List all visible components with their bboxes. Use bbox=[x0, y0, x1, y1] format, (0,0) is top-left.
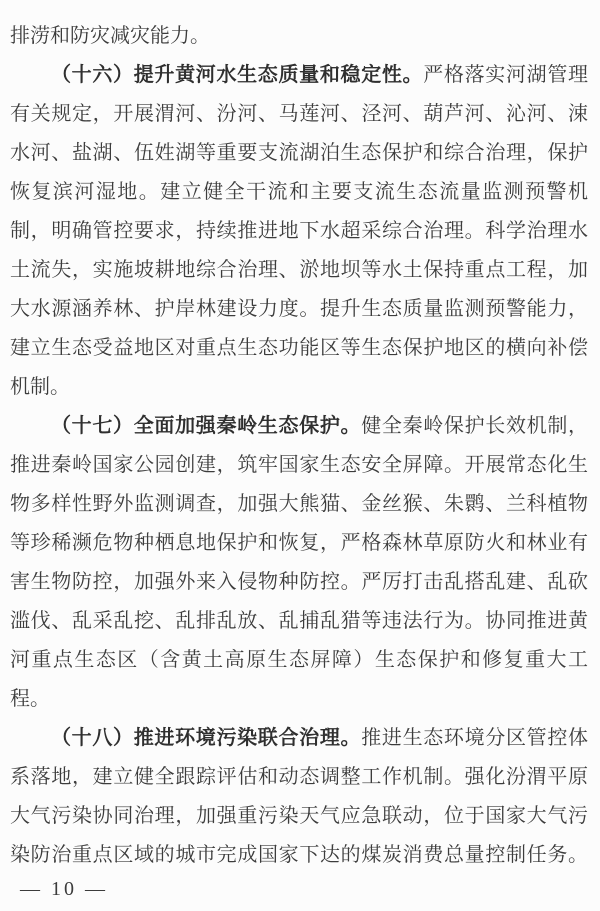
body-run: 程。 bbox=[10, 688, 50, 710]
text-line: 程。 bbox=[10, 680, 588, 719]
section-heading-line-17: （十七）全面加强秦岭生态保护。健全秦岭保护长效机制， bbox=[10, 407, 588, 446]
text-line: 水河、盐湖、伍姓湖等重要支流湖泊生态保护和综合治理，保护 bbox=[10, 134, 588, 173]
text-line: 等珍稀濒危物种栖息地保护和恢复，严格森林草原防火和林业有 bbox=[10, 524, 588, 563]
body-run: 建立生态受益地区对重点生态功能区等生态保护地区的横向补偿 bbox=[10, 337, 588, 359]
text-line: 土流失，实施坡耕地综合治理、淤地坝等水土保持重点工程，加 bbox=[10, 251, 588, 290]
text-line: 推进秦岭国家公园创建，筑牢国家生态安全屏障。开展常态化生 bbox=[10, 446, 588, 485]
section-title-run: （十六）提升黄河水生态质量和稳定性。 bbox=[51, 64, 423, 86]
page-number: — 10 — bbox=[20, 876, 108, 902]
document-body: 排涝和防灾减灾能力。 （十六）提升黄河水生态质量和稳定性。严格落实河湖管理 有关… bbox=[10, 17, 588, 875]
section-heading-line-16: （十六）提升黄河水生态质量和稳定性。严格落实河湖管理 bbox=[10, 56, 588, 95]
text-line: 恢复滨河湿地。建立健全干流和主要支流生态流量监测预警机 bbox=[10, 173, 588, 212]
section-title-run: （十七）全面加强秦岭生态保护。 bbox=[51, 415, 361, 437]
body-run: 大水源涵养林、护岸林建设力度。提升生态质量监测预警能力， bbox=[10, 298, 588, 320]
section-heading-line-18: （十八）推进环境污染联合治理。推进生态环境分区管控体 bbox=[10, 719, 588, 758]
text-line: 制，明确管控要求，持续推进地下水超采综合治理。科学治理水 bbox=[10, 212, 588, 251]
text-line: 机制。 bbox=[10, 368, 588, 407]
text-line: 滥伐、乱采乱挖、乱排乱放、乱捕乱猎等违法行为。协同推进黄 bbox=[10, 602, 588, 641]
body-run: 恢复滨河湿地。建立健全干流和主要支流生态流量监测预警机 bbox=[10, 181, 588, 203]
body-run: 推进生态环境分区管控体 bbox=[361, 727, 588, 749]
body-run: 推进秦岭国家公园创建，筑牢国家生态安全屏障。开展常态化生 bbox=[10, 454, 588, 476]
body-run: 制，明确管控要求，持续推进地下水超采综合治理。科学治理水 bbox=[10, 220, 588, 242]
body-run: 水河、盐湖、伍姓湖等重要支流湖泊生态保护和综合治理，保护 bbox=[10, 142, 588, 164]
body-run: 滥伐、乱采乱挖、乱排乱放、乱捕乱猎等违法行为。协同推进黄 bbox=[10, 610, 588, 632]
body-run: 土流失，实施坡耕地综合治理、淤地坝等水土保持重点工程，加 bbox=[10, 259, 588, 281]
section-title-run: （十八）推进环境污染联合治理。 bbox=[51, 727, 361, 749]
body-run: 河重点生态区（含黄土高原生态屏障）生态保护和修复重大工 bbox=[10, 649, 588, 671]
text-line: 系落地，建立健全跟踪评估和动态调整工作机制。强化汾渭平原 bbox=[10, 758, 588, 797]
body-run: 物多样性野外监测调查，加强大熊猫、金丝猴、朱鹮、兰科植物 bbox=[10, 493, 588, 515]
text-line: 有关规定，开展渭河、汾河、马莲河、泾河、葫芦河、沁河、涑 bbox=[10, 95, 588, 134]
body-run: 严格落实河湖管理 bbox=[423, 64, 588, 86]
body-run: 大气污染协同治理，加强重污染天气应急联动，位于国家大气污 bbox=[10, 805, 588, 827]
text-line: 建立生态受益地区对重点生态功能区等生态保护地区的横向补偿 bbox=[10, 329, 588, 368]
text-line: 染防治重点区域的城市完成国家下达的煤炭消费总量控制任务。 bbox=[10, 836, 588, 875]
text-line: 物多样性野外监测调查，加强大熊猫、金丝猴、朱鹮、兰科植物 bbox=[10, 485, 588, 524]
body-run: 健全秦岭保护长效机制， bbox=[361, 415, 588, 437]
body-run: 染防治重点区域的城市完成国家下达的煤炭消费总量控制任务。 bbox=[10, 844, 588, 866]
text-line: 河重点生态区（含黄土高原生态屏障）生态保护和修复重大工 bbox=[10, 641, 588, 680]
text-line: 排涝和防灾减灾能力。 bbox=[10, 17, 588, 56]
body-run: 机制。 bbox=[10, 376, 70, 398]
body-run: 害生物防控，加强外来入侵物种防控。严厉打击乱搭乱建、乱砍 bbox=[10, 571, 588, 593]
text-line: 大水源涵养林、护岸林建设力度。提升生态质量监测预警能力， bbox=[10, 290, 588, 329]
text-line: 大气污染协同治理，加强重污染天气应急联动，位于国家大气污 bbox=[10, 797, 588, 836]
text-line: 害生物防控，加强外来入侵物种防控。严厉打击乱搭乱建、乱砍 bbox=[10, 563, 588, 602]
body-run: 有关规定，开展渭河、汾河、马莲河、泾河、葫芦河、沁河、涑 bbox=[10, 103, 588, 125]
body-run: 排涝和防灾减灾能力。 bbox=[10, 25, 210, 47]
body-run: 等珍稀濒危物种栖息地保护和恢复，严格森林草原防火和林业有 bbox=[10, 532, 588, 554]
body-run: 系落地，建立健全跟踪评估和动态调整工作机制。强化汾渭平原 bbox=[10, 766, 588, 788]
